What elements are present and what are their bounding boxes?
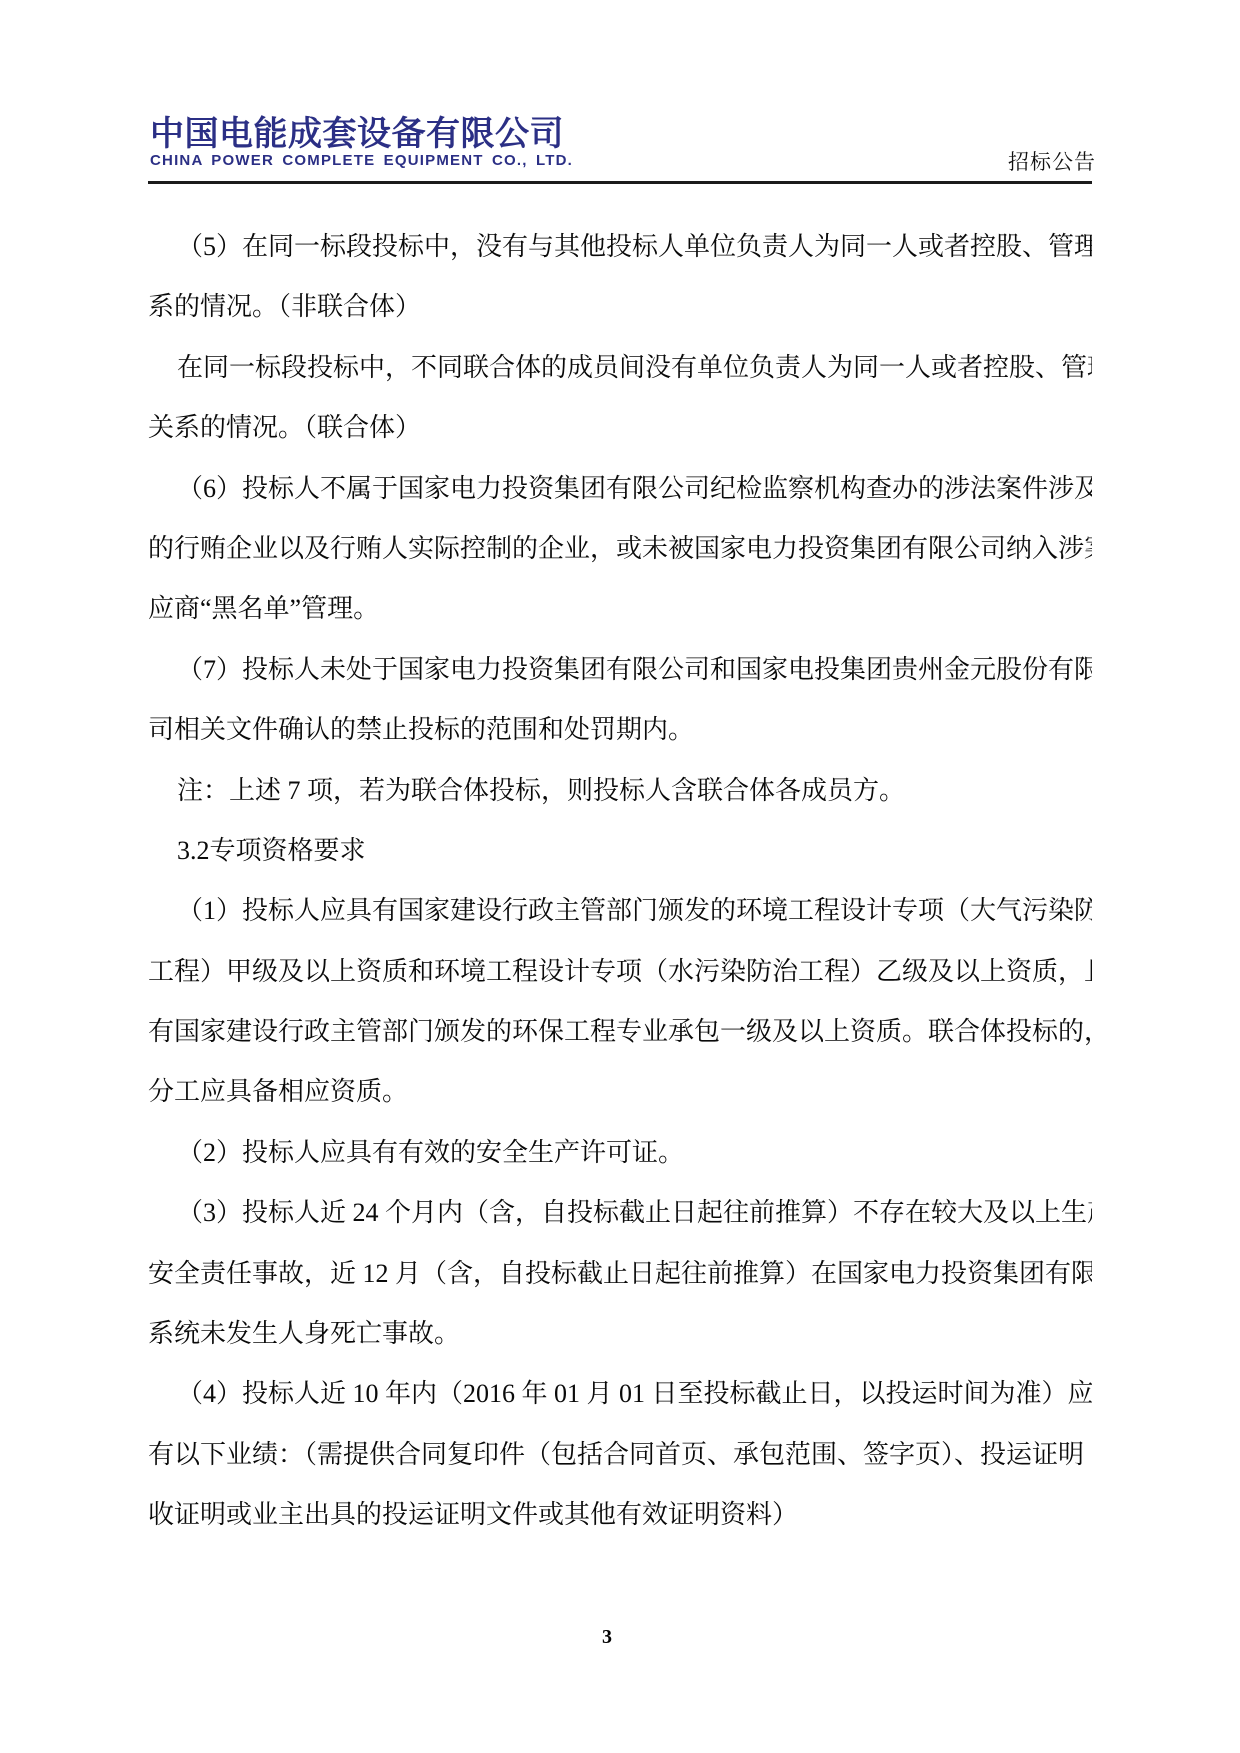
text-line: 分工应具备相应资质。 xyxy=(148,1062,1092,1122)
text-line: 应商“黑名单”管理。 xyxy=(148,579,1092,639)
text-line: 司相关文件确认的禁止投标的范围和处罚期内。 xyxy=(148,700,1092,760)
text-line: 收证明或业主出具的投运证明文件或其他有效证明资料） xyxy=(148,1485,1092,1545)
text-line: 关系的情况。（联合体） xyxy=(148,398,1092,458)
text-line: 3.2专项资格要求 xyxy=(148,821,1092,881)
text-line: 有以下业绩：（需提供合同复印件（包括合同首页、承包范围、签字页）、投运证明（验 xyxy=(148,1425,1092,1485)
header-divider-line xyxy=(148,181,1092,184)
company-logo: 中国电能成套设备有限公司 CHINA POWER COMPLETE EQUIPM… xyxy=(150,116,573,169)
text-line: 安全责任事故，近 12 月（含，自投标截止日起往前推算）在国家电力投资集团有限公… xyxy=(148,1244,1092,1304)
text-line: （5）在同一标段投标中，没有与其他投标人单位负责人为同一人或者控股、管理关 xyxy=(148,217,1092,277)
company-logo-chinese-text: 中国电能成套设备有限公司 xyxy=(150,116,573,152)
body-text-block: （5）在同一标段投标中，没有与其他投标人单位负责人为同一人或者控股、管理关系的情… xyxy=(148,217,1092,1546)
text-line: 系统未发生人身死亡事故。 xyxy=(148,1304,1092,1364)
text-line: 工程）甲级及以上资质和环境工程设计专项（水污染防治工程）乙级及以上资质，且具 xyxy=(148,942,1092,1002)
text-line: （3）投标人近 24 个月内（含，自投标截止日起往前推算）不存在较大及以上生产 xyxy=(148,1183,1092,1243)
text-line: （4）投标人近 10 年内（2016 年 01 月 01 日至投标截止日，以投运… xyxy=(148,1364,1092,1424)
text-line: （2）投标人应具有有效的安全生产许可证。 xyxy=(148,1123,1092,1183)
text-line: （7）投标人未处于国家电力投资集团有限公司和国家电投集团贵州金元股份有限公 xyxy=(148,640,1092,700)
text-line: 有国家建设行政主管部门颁发的环保工程专业承包一级及以上资质。联合体投标的，按 xyxy=(148,1002,1092,1062)
text-line: 在同一标段投标中，不同联合体的成员间没有单位负责人为同一人或者控股、管理 xyxy=(148,338,1092,398)
text-line: 的行贿企业以及行贿人实际控制的企业，或未被国家电力投资集团有限公司纳入涉案供 xyxy=(148,519,1092,579)
company-logo-english-text: CHINA POWER COMPLETE EQUIPMENT CO., LTD. xyxy=(150,152,573,169)
document-type-label: 招标公告 xyxy=(1008,146,1096,176)
text-line: （6）投标人不属于国家电力投资集团有限公司纪检监察机构查办的涉法案件涉及到 xyxy=(148,459,1092,519)
text-line: 注：上述 7 项，若为联合体投标，则投标人含联合体各成员方。 xyxy=(148,761,1092,821)
text-line: 系的情况。（非联合体） xyxy=(148,277,1092,337)
page-number: 3 xyxy=(560,1626,654,1649)
text-line: （1）投标人应具有国家建设行政主管部门颁发的环境工程设计专项（大气污染防治 xyxy=(148,881,1092,941)
document-page: 中国电能成套设备有限公司 CHINA POWER COMPLETE EQUIPM… xyxy=(0,0,1240,1753)
